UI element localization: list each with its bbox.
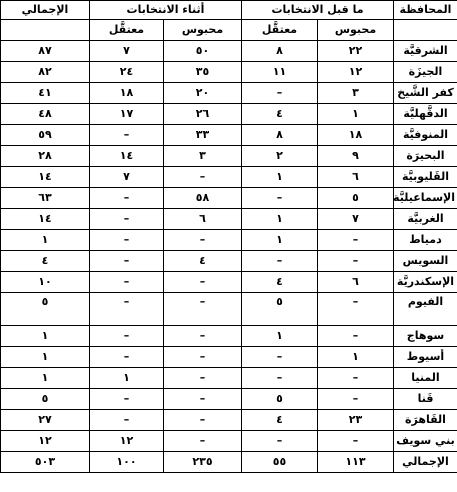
header-governorate-empty bbox=[393, 20, 457, 41]
table-row: الإسكندريَّة٦٤––١٠ bbox=[0, 272, 457, 293]
total-cell: ٦٣ bbox=[0, 188, 88, 209]
governorate-cell: الفيوم bbox=[393, 293, 457, 326]
table-row: البحيرَة٩٢٣١٤٢٨ bbox=[0, 146, 457, 167]
before-detained-cell: ٣ bbox=[317, 83, 393, 104]
before-detained-cell: ١٨ bbox=[317, 125, 393, 146]
before-arrested-cell: ١١ bbox=[240, 62, 316, 83]
header-during-elections: أثناء الانتخابات bbox=[88, 1, 240, 20]
header-during-detained: محبوس bbox=[162, 20, 240, 41]
during-arrested-cell: ١٨ bbox=[88, 83, 162, 104]
before-detained-cell: – bbox=[317, 293, 393, 326]
governorate-cell: الجيزَة bbox=[393, 62, 457, 83]
governorate-cell: كفر الشَّيخ bbox=[393, 83, 457, 104]
table-row: القَليوبيَّة٦١–٧١٤ bbox=[0, 167, 457, 188]
before-detained-cell: – bbox=[317, 326, 393, 347]
before-detained-cell: ٢٢ bbox=[317, 41, 393, 62]
before-arrested-cell: – bbox=[240, 368, 316, 389]
during-arrested-cell: ٧ bbox=[88, 167, 162, 188]
during-detained-cell: – bbox=[162, 230, 240, 251]
total-cell: ١٠ bbox=[0, 272, 88, 293]
during-detained-cell: ٢٣٥ bbox=[162, 452, 240, 473]
table-row: القَاهرَة٢٣٤––٢٧ bbox=[0, 410, 457, 431]
total-cell: ٥٩ bbox=[0, 125, 88, 146]
governorate-cell: الإسكندريَّة bbox=[393, 272, 457, 293]
table-row: سوهاج–١––١ bbox=[0, 326, 457, 347]
governorate-cell: أسيوط bbox=[393, 347, 457, 368]
during-detained-cell: ٢٦ bbox=[162, 104, 240, 125]
before-arrested-cell: ١ bbox=[240, 326, 316, 347]
total-cell: ١ bbox=[0, 368, 88, 389]
total-cell: ٢٧ bbox=[0, 410, 88, 431]
governorate-cell: الشرقيَّة bbox=[393, 41, 457, 62]
during-arrested-cell: – bbox=[88, 410, 162, 431]
during-detained-cell: – bbox=[162, 410, 240, 431]
during-arrested-cell: – bbox=[88, 326, 162, 347]
table-row: كفر الشَّيخ٣–٢٠١٨٤١ bbox=[0, 83, 457, 104]
during-detained-cell: – bbox=[162, 347, 240, 368]
header-before-arrested: معتقَّل bbox=[240, 20, 316, 41]
governorate-cell: البحيرَة bbox=[393, 146, 457, 167]
during-detained-cell: ٦ bbox=[162, 209, 240, 230]
before-detained-cell: ٩ bbox=[317, 146, 393, 167]
governorate-cell: المنيا bbox=[393, 368, 457, 389]
total-cell: ٥ bbox=[0, 293, 88, 326]
before-arrested-cell: – bbox=[240, 251, 316, 272]
before-detained-cell: – bbox=[317, 368, 393, 389]
table-row: دمياط–١––١ bbox=[0, 230, 457, 251]
before-arrested-cell: ٥ bbox=[240, 293, 316, 326]
during-arrested-cell: ١٠٠ bbox=[88, 452, 162, 473]
during-detained-cell: ٥٠ bbox=[162, 41, 240, 62]
table-row: بني سويف–––١٢١٢ bbox=[0, 431, 457, 452]
during-detained-cell: – bbox=[162, 389, 240, 410]
during-detained-cell: ٣٥ bbox=[162, 62, 240, 83]
governorate-cell: الإسماعيليَّة bbox=[393, 188, 457, 209]
header-during-arrested: معتقَّل bbox=[88, 20, 162, 41]
during-detained-cell: ٢٠ bbox=[162, 83, 240, 104]
before-arrested-cell: – bbox=[240, 431, 316, 452]
before-arrested-cell: ٨ bbox=[240, 125, 316, 146]
before-detained-cell: ١ bbox=[317, 347, 393, 368]
total-cell: ١ bbox=[0, 326, 88, 347]
during-arrested-cell: – bbox=[88, 125, 162, 146]
total-cell: ١ bbox=[0, 347, 88, 368]
total-cell: ١٤ bbox=[0, 167, 88, 188]
governorate-cell: دمياط bbox=[393, 230, 457, 251]
before-arrested-cell: ٤ bbox=[240, 104, 316, 125]
table-row: الإسماعيليَّة٥–٥٨–٦٣ bbox=[0, 188, 457, 209]
before-detained-cell: – bbox=[317, 251, 393, 272]
during-arrested-cell: – bbox=[88, 347, 162, 368]
governorate-cell: القَليوبيَّة bbox=[393, 167, 457, 188]
during-detained-cell: – bbox=[162, 167, 240, 188]
governorate-cell: سوهاج bbox=[393, 326, 457, 347]
before-detained-cell: ٦ bbox=[317, 167, 393, 188]
before-detained-cell: ٧ bbox=[317, 209, 393, 230]
before-arrested-cell: ٨ bbox=[240, 41, 316, 62]
during-arrested-cell: – bbox=[88, 389, 162, 410]
during-arrested-cell: ١٢ bbox=[88, 431, 162, 452]
governorate-cell: المنوفيَّة bbox=[393, 125, 457, 146]
governorate-cell: القَاهرَة bbox=[393, 410, 457, 431]
during-arrested-cell: ٧ bbox=[88, 41, 162, 62]
table-row: الدقَّهليَّة١٤٢٦١٧٤٨ bbox=[0, 104, 457, 125]
table-row: أسيوط١–––١ bbox=[0, 347, 457, 368]
total-cell: ٨٧ bbox=[0, 41, 88, 62]
during-arrested-cell: – bbox=[88, 272, 162, 293]
before-arrested-cell: – bbox=[240, 347, 316, 368]
during-arrested-cell: ٢٤ bbox=[88, 62, 162, 83]
governorate-cell: السويس bbox=[393, 251, 457, 272]
total-row: الإجمالي١١٣٥٥٢٣٥١٠٠٥٠٣ bbox=[0, 452, 457, 473]
before-arrested-cell: ١ bbox=[240, 209, 316, 230]
before-arrested-cell: ٥ bbox=[240, 389, 316, 410]
table-row: قَنا–٥––٥ bbox=[0, 389, 457, 410]
before-arrested-cell: – bbox=[240, 83, 316, 104]
before-arrested-cell: – bbox=[240, 188, 316, 209]
before-detained-cell: ١١٣ bbox=[317, 452, 393, 473]
before-detained-cell: ١ bbox=[317, 104, 393, 125]
during-detained-cell: – bbox=[162, 326, 240, 347]
before-detained-cell: – bbox=[317, 389, 393, 410]
before-arrested-cell: ٥٥ bbox=[240, 452, 316, 473]
header-before-elections: ما قبل الانتخابات bbox=[240, 1, 392, 20]
before-detained-cell: ٦ bbox=[317, 272, 393, 293]
before-detained-cell: ١٢ bbox=[317, 62, 393, 83]
header-total-empty bbox=[0, 20, 88, 41]
during-arrested-cell: – bbox=[88, 188, 162, 209]
before-detained-cell: – bbox=[317, 431, 393, 452]
governorate-cell: الغربيَّة bbox=[393, 209, 457, 230]
during-arrested-cell: – bbox=[88, 293, 162, 326]
table-row: الجيزَة١٢١١٣٥٢٤٨٢ bbox=[0, 62, 457, 83]
during-detained-cell: ٥٨ bbox=[162, 188, 240, 209]
header-governorate: المحافظة bbox=[393, 1, 457, 20]
total-cell: ٥٠٣ bbox=[0, 452, 88, 473]
during-arrested-cell: – bbox=[88, 209, 162, 230]
during-arrested-cell: ١٤ bbox=[88, 146, 162, 167]
total-cell: ٤٨ bbox=[0, 104, 88, 125]
before-detained-cell: ٢٣ bbox=[317, 410, 393, 431]
header-sub-row: محبوس معتقَّل محبوس معتقَّل bbox=[0, 20, 457, 41]
table-body: الشرقيَّة٢٢٨٥٠٧٨٧الجيزَة١٢١١٣٥٢٤٨٢كفر ال… bbox=[0, 41, 457, 473]
before-arrested-cell: ٢ bbox=[240, 146, 316, 167]
total-cell: ٤١ bbox=[0, 83, 88, 104]
header-total: الإجمالي bbox=[0, 1, 88, 20]
during-detained-cell: – bbox=[162, 272, 240, 293]
table-row: الغربيَّة٧١٦–١٤ bbox=[0, 209, 457, 230]
governorate-cell: الإجمالي bbox=[393, 452, 457, 473]
governorate-cell: الدقَّهليَّة bbox=[393, 104, 457, 125]
during-detained-cell: – bbox=[162, 431, 240, 452]
during-arrested-cell: ١٧ bbox=[88, 104, 162, 125]
total-cell: ٨٢ bbox=[0, 62, 88, 83]
total-cell: ١ bbox=[0, 230, 88, 251]
during-detained-cell: – bbox=[162, 293, 240, 326]
detainees-by-governorate-table: المحافظة ما قبل الانتخابات أثناء الانتخا… bbox=[0, 0, 457, 473]
before-arrested-cell: ٤ bbox=[240, 410, 316, 431]
header-group-row: المحافظة ما قبل الانتخابات أثناء الانتخا… bbox=[0, 1, 457, 20]
total-cell: ٢٨ bbox=[0, 146, 88, 167]
table-row: الفيوم–٥––٥ bbox=[0, 293, 457, 326]
during-arrested-cell: – bbox=[88, 230, 162, 251]
during-arrested-cell: ١ bbox=[88, 368, 162, 389]
before-detained-cell: – bbox=[317, 230, 393, 251]
governorate-cell: بني سويف bbox=[393, 431, 457, 452]
total-cell: ٥ bbox=[0, 389, 88, 410]
table-row: السويس––٤–٤ bbox=[0, 251, 457, 272]
governorate-cell: قَنا bbox=[393, 389, 457, 410]
during-arrested-cell: – bbox=[88, 251, 162, 272]
total-cell: ١٢ bbox=[0, 431, 88, 452]
during-detained-cell: ٣ bbox=[162, 146, 240, 167]
page: المحافظة ما قبل الانتخابات أثناء الانتخا… bbox=[0, 0, 457, 492]
header-before-detained: محبوس bbox=[317, 20, 393, 41]
total-cell: ٤ bbox=[0, 251, 88, 272]
during-detained-cell: – bbox=[162, 368, 240, 389]
before-arrested-cell: ١ bbox=[240, 167, 316, 188]
total-cell: ١٤ bbox=[0, 209, 88, 230]
table-header: المحافظة ما قبل الانتخابات أثناء الانتخا… bbox=[0, 1, 457, 41]
table-row: الشرقيَّة٢٢٨٥٠٧٨٧ bbox=[0, 41, 457, 62]
during-detained-cell: ٤ bbox=[162, 251, 240, 272]
before-detained-cell: ٥ bbox=[317, 188, 393, 209]
table-row: المنوفيَّة١٨٨٣٣–٥٩ bbox=[0, 125, 457, 146]
before-arrested-cell: ٤ bbox=[240, 272, 316, 293]
during-detained-cell: ٣٣ bbox=[162, 125, 240, 146]
before-arrested-cell: ١ bbox=[240, 230, 316, 251]
table-row: المنيا–––١١ bbox=[0, 368, 457, 389]
